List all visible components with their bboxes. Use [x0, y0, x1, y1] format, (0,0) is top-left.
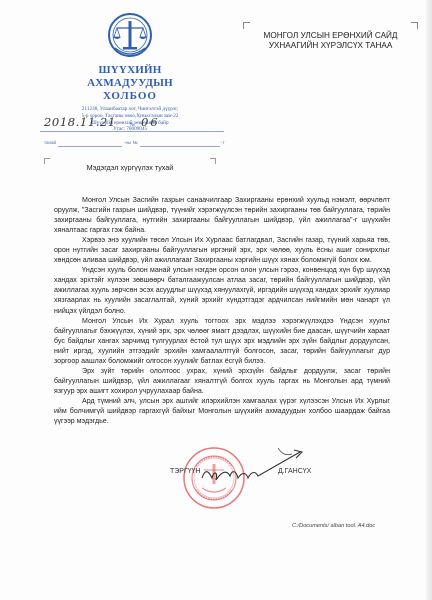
- page-edge-shadow: [426, 0, 432, 600]
- ref-label-yours: танай: [44, 140, 56, 145]
- addressee-block: МОНГОЛ УЛСЫН ЕРӨНХИЙ САЙД УХНААГИЙН ХҮРЭ…: [243, 22, 418, 52]
- reference-line: танай -ны № -т: [40, 140, 224, 148]
- addressee-line1: МОНГОЛ УЛСЫН ЕРӨНХИЙ САЙД: [243, 31, 418, 41]
- justice-scales-emblem-icon: [105, 12, 155, 58]
- address-line: 211238, Улаанбаатар хот, Чингэлтэй дүүрэ…: [60, 106, 200, 113]
- org-name-line2: ХОЛБОО: [60, 90, 200, 103]
- body-paragraph: Хэрвээ энэ хуулийн төсөл Улсын Их Хурлаа…: [54, 236, 390, 266]
- letter-body: Монгол Улсын Засгийн газрын санаачилгаар…: [54, 196, 390, 427]
- date-number-line: 2018.11.21 № 06: [36, 118, 224, 132]
- body-paragraph: Монгол Улсын Засгийн газрын санаачилгаар…: [54, 196, 390, 236]
- addressee-line2: УХНААГИЙН ХҮРЭЛСҮХ ТАНАА: [243, 41, 418, 51]
- letter-page: ШҮҮХИЙН АХМАДУУДЫН ХОЛБОО 211238, Улаанб…: [0, 0, 432, 600]
- handwritten-date: 2018.11.21: [44, 115, 116, 129]
- ref-rule: [58, 146, 122, 147]
- body-paragraph: Эрх зүйт төрийн ололтоос ухрах, хүний эр…: [54, 367, 390, 397]
- subject-title: Мэдэгдэл хүргүүлэх тухай: [44, 163, 216, 172]
- subject-block: Мэдэгдэл хүргүүлэх тухай: [44, 158, 216, 174]
- corner-mark: [411, 22, 418, 29]
- ref-label-number: -ны №: [124, 140, 137, 145]
- footer-file-path: C:/Documents/ alban tool. A4.doc: [292, 523, 375, 529]
- handwritten-number: 06: [141, 115, 160, 129]
- signatory-name: Д.ГАНСҮХ: [278, 468, 311, 475]
- signature-block: ТЭРГҮҮН Д.ГАНСҮХ: [0, 440, 432, 510]
- org-name: ШҮҮХИЙН АХМАДУУДЫН: [60, 64, 200, 90]
- body-paragraph: Үндсэн хууль болон манай улсын нэгдэн ор…: [54, 266, 390, 316]
- ref-label-suffix: -т: [221, 140, 225, 145]
- number-label: №: [130, 122, 135, 127]
- ref-rule: [140, 146, 220, 147]
- corner-mark: [243, 22, 250, 29]
- date-rule: [40, 131, 224, 132]
- body-paragraph: Ард түмний элч, улсын эрх ашгийг илэрхий…: [54, 397, 390, 427]
- body-paragraph: Монгол Улсын Их Хурал хууль тогтоох эрх …: [54, 317, 390, 367]
